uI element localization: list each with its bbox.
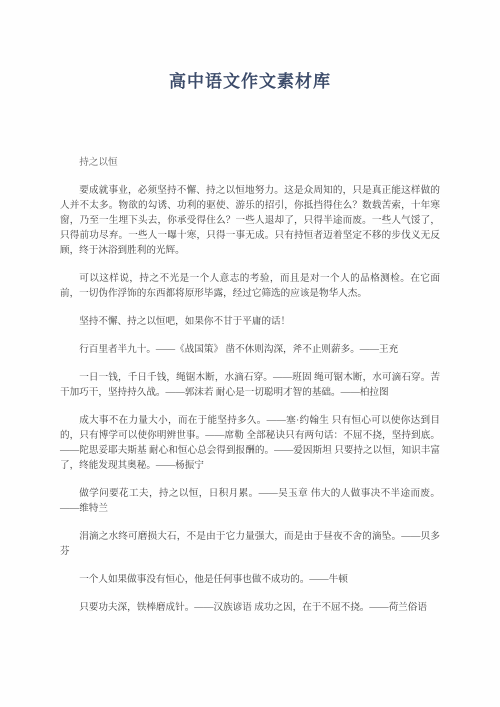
quote-wuyuzhang-weitelan: 做学问要花工夫，持之以恒，日积月累。——吴玉章 伟大的人做事决不半途而废。——维… — [60, 486, 440, 516]
section-heading: 持之以恒 — [60, 155, 440, 170]
quote-bangu-guomoruo-plato: 一日一钱，千日千钱，绳锯木断，水滴石穿。——班固 绳可锯木断，水可滴石穿。苦干加… — [60, 370, 440, 400]
quote-zhanguoce-wangchong: 行百里者半九十。——《战国策》 凿不休则沟深，斧不止则薪多。——王充 — [60, 342, 440, 357]
page-title: 高中语文作文素材库 — [60, 70, 440, 94]
document-body: 持之以恒 要成就事业，必须坚持不懈、持之以恒地努力。这是众周知的，只是真正能这样… — [60, 155, 440, 615]
quote-johnson-schiller-dostoevsky-einstein-yangzhenning: 成大事不在力量大小，而在于能坚持多久。——塞·约翰生 只有恒心可以使你达到目的，… — [60, 413, 440, 473]
quote-proverbs: 只要功夫深，铁棒磨成针。——汉族谚语 成功之因，在于不屈不挠。——荷兰俗语 — [60, 600, 440, 615]
quote-beethoven: 涓滴之水终可磨损大石，不是由于它力量强大，而是由于昼夜不舍的滴坠。——贝多芬 — [60, 529, 440, 559]
document-page: 高中语文作文素材库 持之以恒 要成就事业，必须坚持不懈、持之以恒地努力。这是众周… — [0, 0, 500, 707]
paragraph-exhortation: 坚持不懈、持之以恒吧，如果你不甘于平庸的话！ — [60, 314, 440, 329]
paragraph-commentary: 可以这样说，持之不光是一个人意志的考验，而且是对一个人的品格测检。在它面前，一切… — [60, 271, 440, 301]
quote-newton: 一个人如果做事没有恒心，他是任何事也做不成功的。——牛顿 — [60, 572, 440, 587]
paragraph-intro: 要成就事业，必须坚持不懈、持之以恒地努力。这是众周知的，只是真正能这样做的人并不… — [60, 183, 440, 258]
